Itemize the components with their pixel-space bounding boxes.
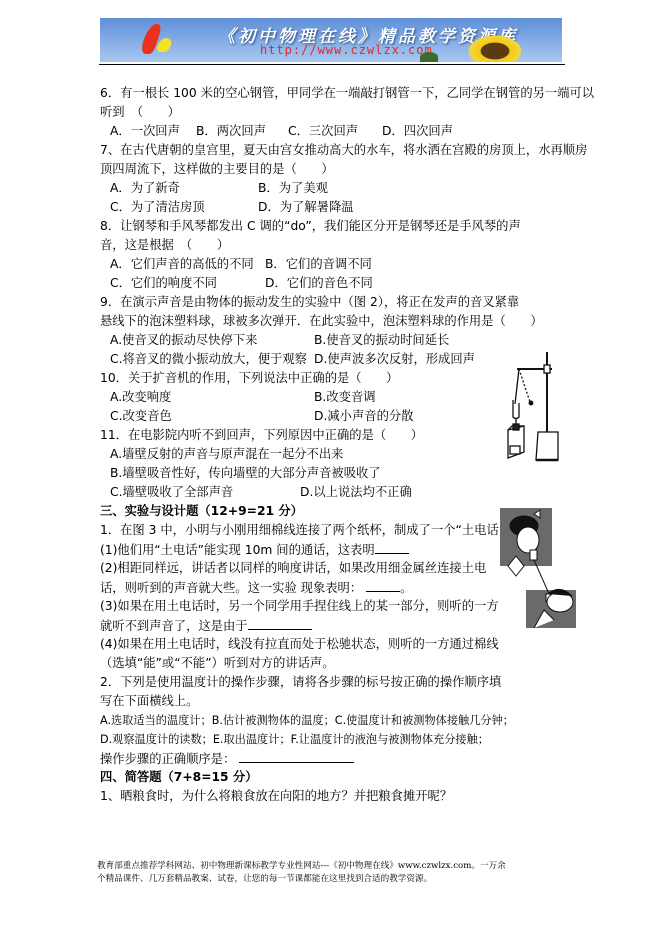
answer-blank-1[interactable] — [375, 540, 409, 554]
s3-p1-sub4-line1: (4)如果在用土电话时，线没有拉直而处于松驰状态，则听的一方通过棉线 — [100, 635, 570, 654]
section4-heading: 四、简答题（7+8=15 分） — [100, 768, 570, 787]
q7-option-b: B．为了美观 — [258, 179, 328, 198]
q8-options-row1: A．它们声音的高低的不同B．它们的音调不同 — [100, 255, 570, 274]
s3-p1-sub2-end: 。 — [400, 581, 412, 595]
s3-p1-sub3-text: 就听不到声音了，这是由于 — [100, 619, 248, 633]
footer-line1: 教育部重点推荐学科网站、初中物理新课标教学专业性网站---《初中物理在线》www… — [97, 860, 567, 873]
q6-options: A．一次回声B．两次回声C．三次回声D．四次回声 — [100, 122, 570, 141]
answer-blank-3[interactable] — [248, 616, 312, 630]
q9-stem-line2: 悬线下的泡沫塑料球，球被多次弹开．在此实验中，泡沫塑料球的作用是（ ） — [100, 312, 570, 331]
q8-option-d: D．它们的音色不同 — [265, 274, 373, 293]
s3-p2-steps-line1: A.选取适当的温度计；B.估计被测物体的温度；C.使温度计和被测物体接触几分钟； — [100, 711, 570, 730]
s3-p2-stem-line1: 2．下列是使用温度计的操作步骤，请将各步骤的标号按正确的操作顺序填 — [100, 673, 570, 692]
banner-url: http://www.czwlzx.com — [260, 43, 433, 57]
q10-option-b: B.改变音调 — [314, 388, 376, 407]
s3-p2-answer-label: 操作步骤的正确顺序是： — [100, 752, 235, 766]
s3-p2-steps-line2: D.观察温度计的读数；E.取出温度计；F.让温度计的液泡与被测物体充分接触； — [100, 730, 570, 749]
q8-option-c: C．它们的响度不同 — [110, 274, 265, 293]
s3-p2-answer-row: 操作步骤的正确顺序是： — [100, 749, 570, 768]
figure-2-tuning-fork — [488, 348, 574, 466]
answer-blank-2[interactable] — [366, 578, 400, 592]
sunflower-icon — [466, 34, 524, 62]
q11-option-b: B.墙壁吸音性好，传向墙壁的大部分声音被吸收了 — [100, 464, 570, 483]
q8-stem-line1: 8．让钢琴和手风琴都发出 C 调的“do”，我们能区分开是钢琴还是手风琴的声 — [100, 217, 570, 236]
q8-option-a: A．它们声音的高低的不同 — [110, 255, 265, 274]
q7-stem-line1: 7、在古代唐朝的皇宫里，夏天由宫女推动高大的水车，将水洒在宫殿的房顶上，水再顺房 — [100, 141, 570, 160]
q9-option-d: D.使声波多次反射，形成回声 — [314, 350, 475, 369]
q9-option-a: A.使音叉的振动尽快停下来 — [110, 331, 314, 350]
q7-stem-line2: 顶四周流下，这样做的主要目的是（ ） — [100, 160, 570, 179]
footer-line2: 个精品课件、几万套精品教案、试卷，让您的每一节课都能在这里找到合适的教学资源。 — [97, 873, 567, 886]
figure-3-string-telephone — [494, 500, 576, 628]
s3-p1-sub2-text: 话，则听到的声音就大些。这一实验 现象表明： — [100, 581, 362, 595]
page-footer: 教育部重点推荐学科网站、初中物理新课标教学专业性网站---《初中物理在线》www… — [97, 860, 567, 886]
q11-option-c: C.墙壁吸收了全部声音 — [110, 483, 300, 502]
q7-option-d: D．为了解暑降温 — [258, 198, 354, 217]
q6-option-a: A．一次回声 — [110, 122, 196, 141]
q8-options-row2: C．它们的响度不同D．它们的音色不同 — [100, 274, 570, 293]
s3-p1-sub1-text: (1)他们用“土电话”能实现 10m 间的通话，这表明 — [100, 543, 375, 557]
s4-q1: 1、晒粮食时，为什么将粮食放在向阳的地方？并把粮食摊开呢？ — [100, 787, 570, 806]
q7-options-row2: C．为了清洁房顶D．为了解暑降温 — [100, 198, 570, 217]
q7-option-c: C．为了清洁房顶 — [110, 198, 258, 217]
q6-option-d: D．四次回声 — [382, 122, 453, 141]
q8-stem-line2: 音，这是根据 （ ） — [100, 236, 570, 255]
q10-option-a: A.改变响度 — [110, 388, 314, 407]
logo-accent-icon — [155, 38, 173, 52]
q9-option-c: C.将音叉的微小振动放大，便于观察 — [110, 350, 314, 369]
q6-stem-line2: 听到 （ ） — [100, 103, 570, 122]
q10-option-c: C.改变音色 — [110, 407, 314, 426]
s3-p2-stem-line2: 写在下面横线上。 — [100, 692, 570, 711]
q6-stem-line1: 6．有一根长 100 米的空心钢管，甲同学在一端敲打钢管一下，乙同学在钢管的另一… — [100, 84, 570, 103]
q8-option-b: B．它们的音调不同 — [265, 255, 372, 274]
answer-blank-order[interactable] — [239, 749, 354, 763]
header-divider — [99, 64, 565, 65]
q6-option-b: B．两次回声 — [196, 122, 288, 141]
q9-stem-line1: 9．在演示声音是由物体的振动发生的实验中（图 2），将正在发声的音叉紧靠 — [100, 293, 570, 312]
s3-p1-sub4-line2: （选填“能”或“不能”）听到对方的讲话声。 — [100, 654, 570, 673]
q11-option-d: D.以上说法均不正确 — [300, 483, 412, 502]
q6-option-c: C．三次回声 — [288, 122, 382, 141]
header-banner: 《初中物理在线》精品教学资源库 http://www.czwlzx.com — [100, 18, 562, 62]
q10-option-d: D.减小声音的分散 — [314, 407, 413, 426]
q7-options-row1: A．为了新奇B．为了美观 — [100, 179, 570, 198]
q7-option-a: A．为了新奇 — [110, 179, 258, 198]
q9-option-b: B.使音叉的振动时间延长 — [314, 331, 449, 350]
leaf-icon — [420, 52, 438, 62]
